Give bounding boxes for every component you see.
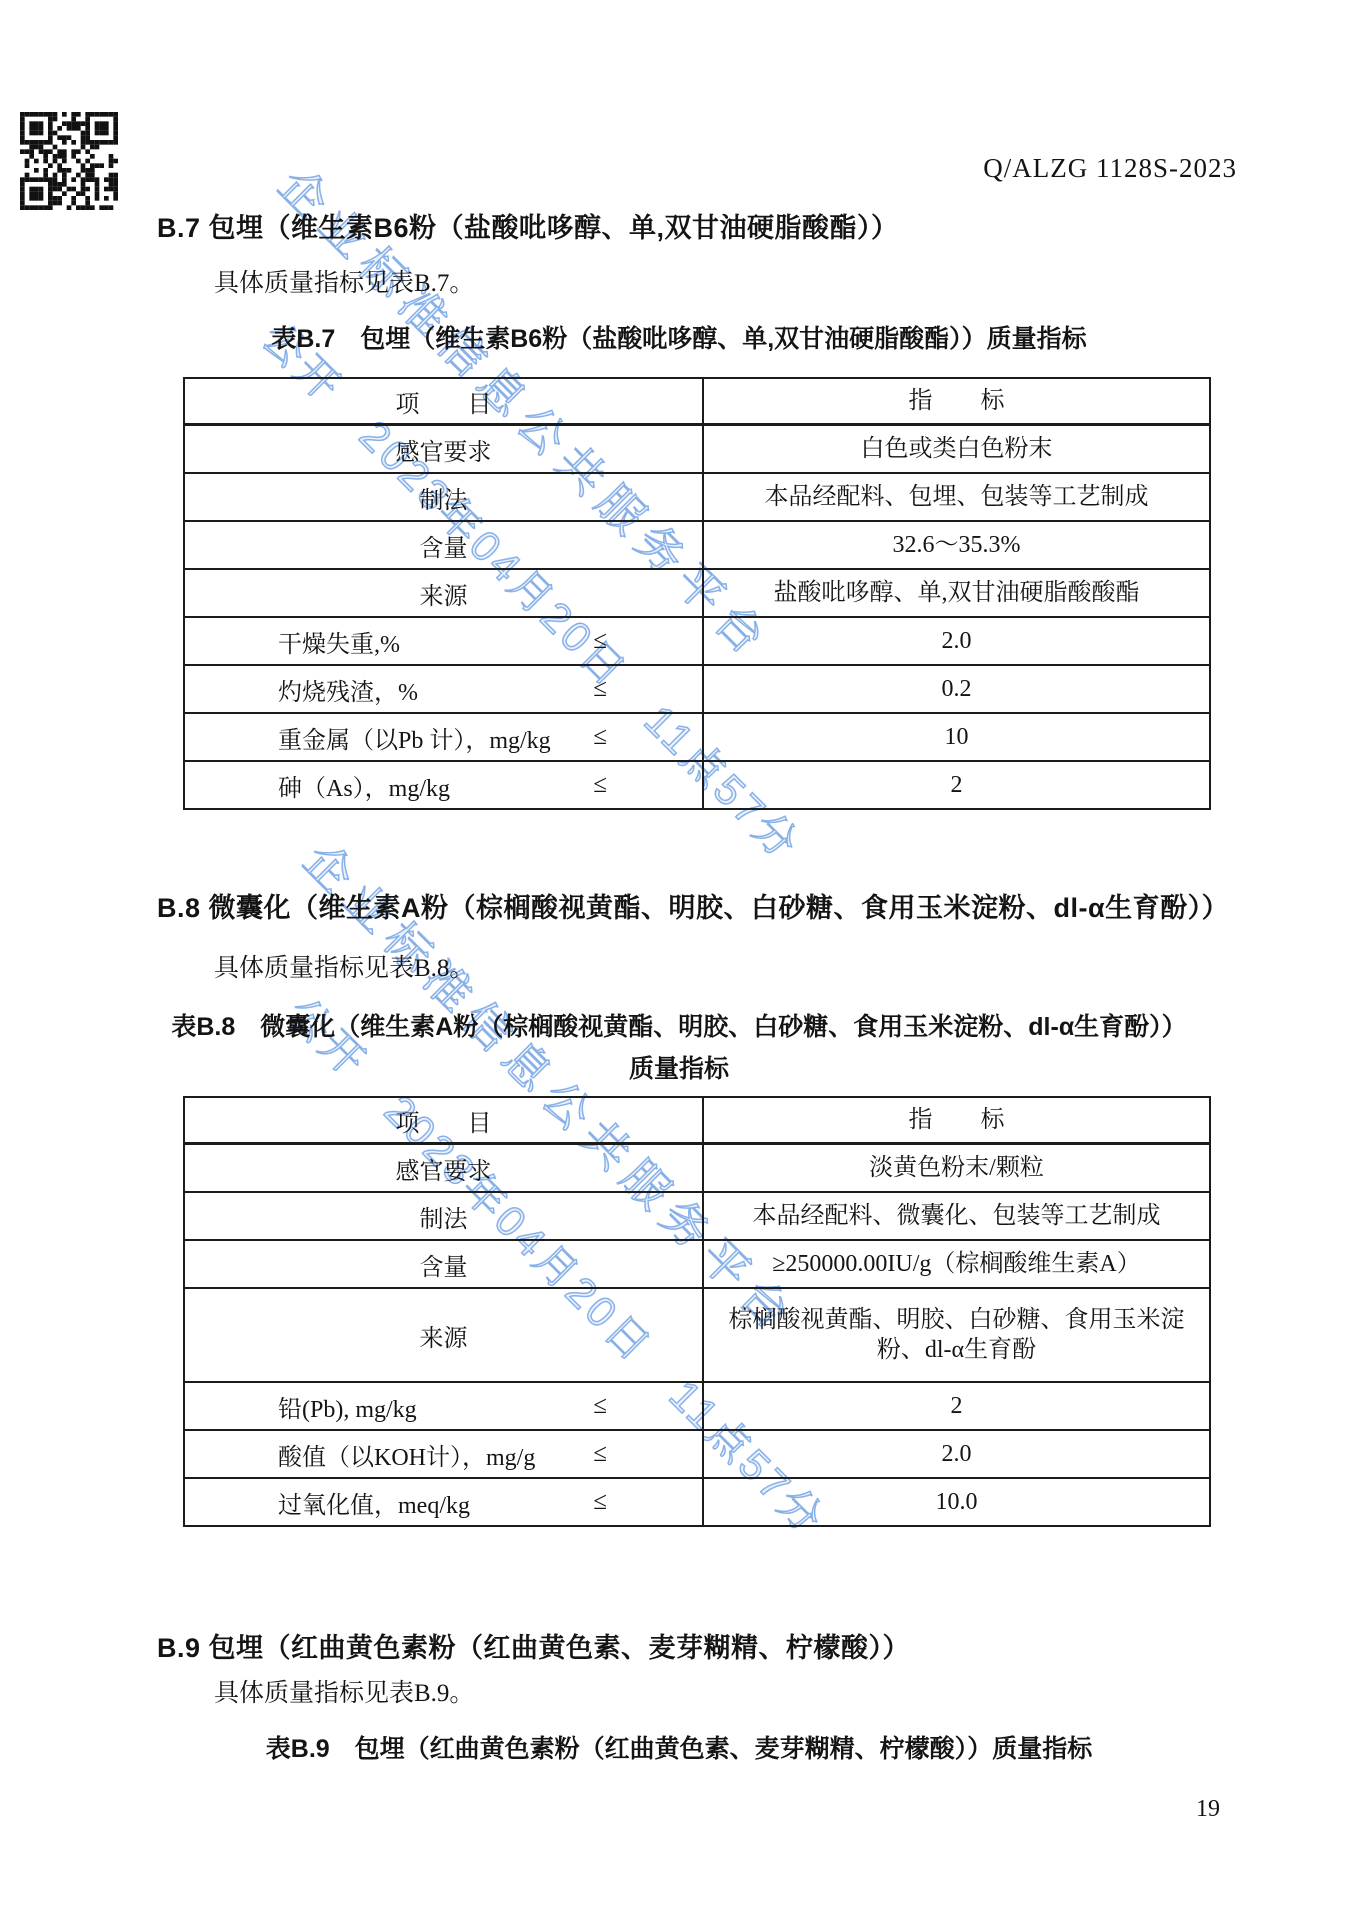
table-header-row: 项 目 指 标 (185, 1098, 1209, 1145)
value-cell: 10.0 (704, 1479, 1209, 1525)
value-cell: 2.0 (704, 1431, 1209, 1477)
table-caption-b9: 表B.9 包埋（红曲黄色素粉（红曲黄色素、麦芽糊精、柠檬酸））质量指标 (167, 1728, 1191, 1770)
table-row: 过氧化值，meq/kg ≤ 10.0 (185, 1479, 1209, 1525)
section-heading-b8: B.8 微囊化（维生素A粉（棕榈酸视黄酯、明胶、白砂糖、食用玉米淀粉、dl-α生… (157, 886, 1229, 925)
qr-code (20, 112, 118, 210)
item-cell: 酸值（以KOH计），mg/g ≤ (185, 1431, 704, 1477)
value-cell: 本品经配料、包埋、包装等工艺制成 (704, 474, 1209, 520)
less-equal-sign: ≤ (593, 1488, 607, 1516)
less-equal-sign: ≤ (593, 1392, 607, 1420)
item-cell: 灼烧残渣，% ≤ (185, 666, 704, 712)
value-cell: 盐酸吡哆醇、单,双甘油硬脂酸酸酯 (704, 570, 1209, 616)
less-equal-sign: ≤ (593, 771, 607, 799)
item-cell: 含量 (185, 1241, 704, 1287)
item-label: 干燥失重,% (278, 624, 400, 659)
table-row: 灼烧残渣，% ≤ 0.2 (185, 666, 1209, 714)
value-cell: 本品经配料、微囊化、包装等工艺制成 (704, 1193, 1209, 1239)
section-heading-b7: B.7 包埋（维生素B6粉（盐酸吡哆醇、单,双甘油硬脂酸酯）） (157, 206, 899, 245)
table-row: 干燥失重,% ≤ 2.0 (185, 618, 1209, 666)
table-row: 来源 棕榈酸视黄酯、明胶、白砂糖、食用玉米淀粉、dl-α生育酚 (185, 1289, 1209, 1383)
table-row: 重金属（以Pb 计），mg/kg ≤ 10 (185, 714, 1209, 762)
value-cell: 白色或类白色粉末 (704, 426, 1209, 472)
value-cell: 淡黄色粉末/颗粒 (704, 1145, 1209, 1191)
item-cell: 砷（As），mg/kg ≤ (185, 762, 704, 808)
item-column-header: 项 目 (185, 379, 704, 423)
less-equal-sign: ≤ (593, 723, 607, 751)
item-label: 灼烧残渣，% (278, 672, 418, 707)
item-cell: 来源 (185, 1289, 704, 1381)
item-cell: 铅(Pb), mg/kg ≤ (185, 1383, 704, 1429)
value-cell: 10 (704, 714, 1209, 760)
table-caption-b7: 表B.7 包埋（维生素B6粉（盐酸吡哆醇、单,双甘油硬脂酸酯））质量指标 (167, 318, 1191, 360)
item-label: 过氧化值，meq/kg (278, 1485, 470, 1520)
table-row: 来源 盐酸吡哆醇、单,双甘油硬脂酸酸酯 (185, 570, 1209, 618)
item-cell: 干燥失重,% ≤ (185, 618, 704, 664)
value-cell: 2 (704, 1383, 1209, 1429)
value-cell: 棕榈酸视黄酯、明胶、白砂糖、食用玉米淀粉、dl-α生育酚 (704, 1289, 1209, 1381)
item-cell: 含量 (185, 522, 704, 568)
value-cell: 2.0 (704, 618, 1209, 664)
table-row: 含量 32.6～35.3% (185, 522, 1209, 570)
item-cell: 感官要求 (185, 426, 704, 472)
intro-paragraph-b8: 具体质量指标见表B.8。 (214, 948, 474, 984)
item-label: 酸值（以KOH计），mg/g (278, 1437, 535, 1472)
intro-paragraph-b9: 具体质量指标见表B.9。 (214, 1673, 474, 1709)
item-cell: 制法 (185, 474, 704, 520)
less-equal-sign: ≤ (593, 675, 607, 703)
page-number: 19 (1196, 1796, 1220, 1823)
value-column-header: 指 标 (704, 1098, 1209, 1142)
doc-number: Q/ALZG 1128S-2023 (983, 153, 1237, 184)
table-row: 制法 本品经配料、包埋、包装等工艺制成 (185, 474, 1209, 522)
less-equal-sign: ≤ (593, 627, 607, 655)
value-column-header: 指 标 (704, 379, 1209, 423)
value-cell: 32.6～35.3% (704, 522, 1209, 568)
table-header-row: 项 目 指 标 (185, 379, 1209, 426)
item-cell: 制法 (185, 1193, 704, 1239)
item-cell: 重金属（以Pb 计），mg/kg ≤ (185, 714, 704, 760)
item-column-header: 项 目 (185, 1098, 704, 1142)
value-cell: 2 (704, 762, 1209, 808)
table-row: 砷（As），mg/kg ≤ 2 (185, 762, 1209, 808)
document-page: Q/ALZG 1128S-2023 企业标准信息公共服务平台 公开 2023年0… (0, 0, 1358, 1920)
table-row: 感官要求 淡黄色粉末/颗粒 (185, 1145, 1209, 1193)
quality-table-b8: 项 目 指 标 感官要求 淡黄色粉末/颗粒 制法 本品经配料、微囊化、包装等工艺… (183, 1096, 1211, 1527)
quality-table-b7: 项 目 指 标 感官要求 白色或类白色粉末 制法 本品经配料、包埋、包装等工艺制… (183, 377, 1211, 810)
item-label: 砷（As），mg/kg (278, 768, 450, 803)
less-equal-sign: ≤ (593, 1440, 607, 1468)
table-row: 酸值（以KOH计），mg/g ≤ 2.0 (185, 1431, 1209, 1479)
item-label: 铅(Pb), mg/kg (278, 1389, 417, 1424)
intro-paragraph-b7: 具体质量指标见表B.7。 (214, 263, 474, 299)
section-heading-b9: B.9 包埋（红曲黄色素粉（红曲黄色素、麦芽糊精、柠檬酸）） (157, 1626, 910, 1665)
table-row: 铅(Pb), mg/kg ≤ 2 (185, 1383, 1209, 1431)
value-cell: 0.2 (704, 666, 1209, 712)
item-cell: 来源 (185, 570, 704, 616)
item-cell: 感官要求 (185, 1145, 704, 1191)
item-label: 重金属（以Pb 计），mg/kg (278, 720, 551, 755)
value-cell: ≥250000.00IU/g（棕榈酸维生素A） (704, 1241, 1209, 1287)
table-row: 感官要求 白色或类白色粉末 (185, 426, 1209, 474)
item-cell: 过氧化值，meq/kg ≤ (185, 1479, 704, 1525)
table-row: 制法 本品经配料、微囊化、包装等工艺制成 (185, 1193, 1209, 1241)
table-row: 含量 ≥250000.00IU/g（棕榈酸维生素A） (185, 1241, 1209, 1289)
table-caption-b8: 表B.8 微囊化（维生素A粉（棕榈酸视黄酯、明胶、白砂糖、食用玉米淀粉、dl-α… (167, 1006, 1191, 1090)
